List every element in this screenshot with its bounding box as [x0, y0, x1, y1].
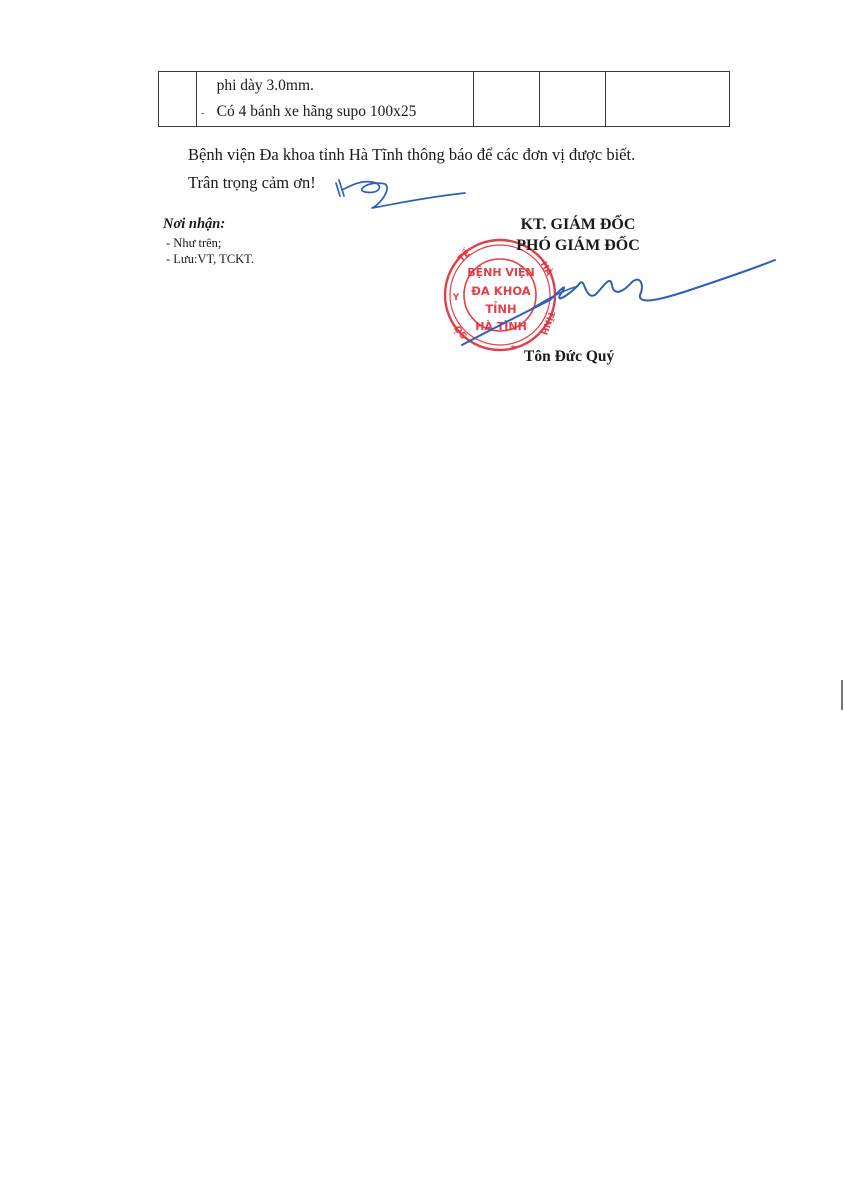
stamp-text: HÀ TĨNH	[475, 320, 527, 333]
scan-artifact	[841, 680, 843, 710]
stamp-text: ĐA KHOA	[471, 284, 531, 298]
initial-signature	[336, 180, 465, 208]
stamp-star: *	[510, 344, 516, 355]
document-page: phi dày 3.0mm. -Có 4 bánh xe hãng supo 1…	[0, 0, 844, 1200]
signer-name: Tôn Đức Quý	[524, 348, 614, 366]
stamp-ring-letter: TĨNH	[538, 309, 557, 336]
stamp-and-signatures: BỆNH VIỆN ĐA KHOA TỈNH HÀ TĨNH Y TẾ HÀ T…	[0, 0, 844, 1200]
stamp-ring-letter: Y	[452, 293, 460, 303]
stamp-text: TỈNH	[485, 300, 516, 316]
signature-title: KT. GIÁM ĐỐC	[468, 216, 688, 234]
stamp-text: BỆNH VIỆN	[467, 266, 534, 279]
stamp-ring-letter: HÀ	[538, 259, 556, 278]
signature-subtitle: PHÓ GIÁM ĐỐC	[468, 237, 688, 255]
